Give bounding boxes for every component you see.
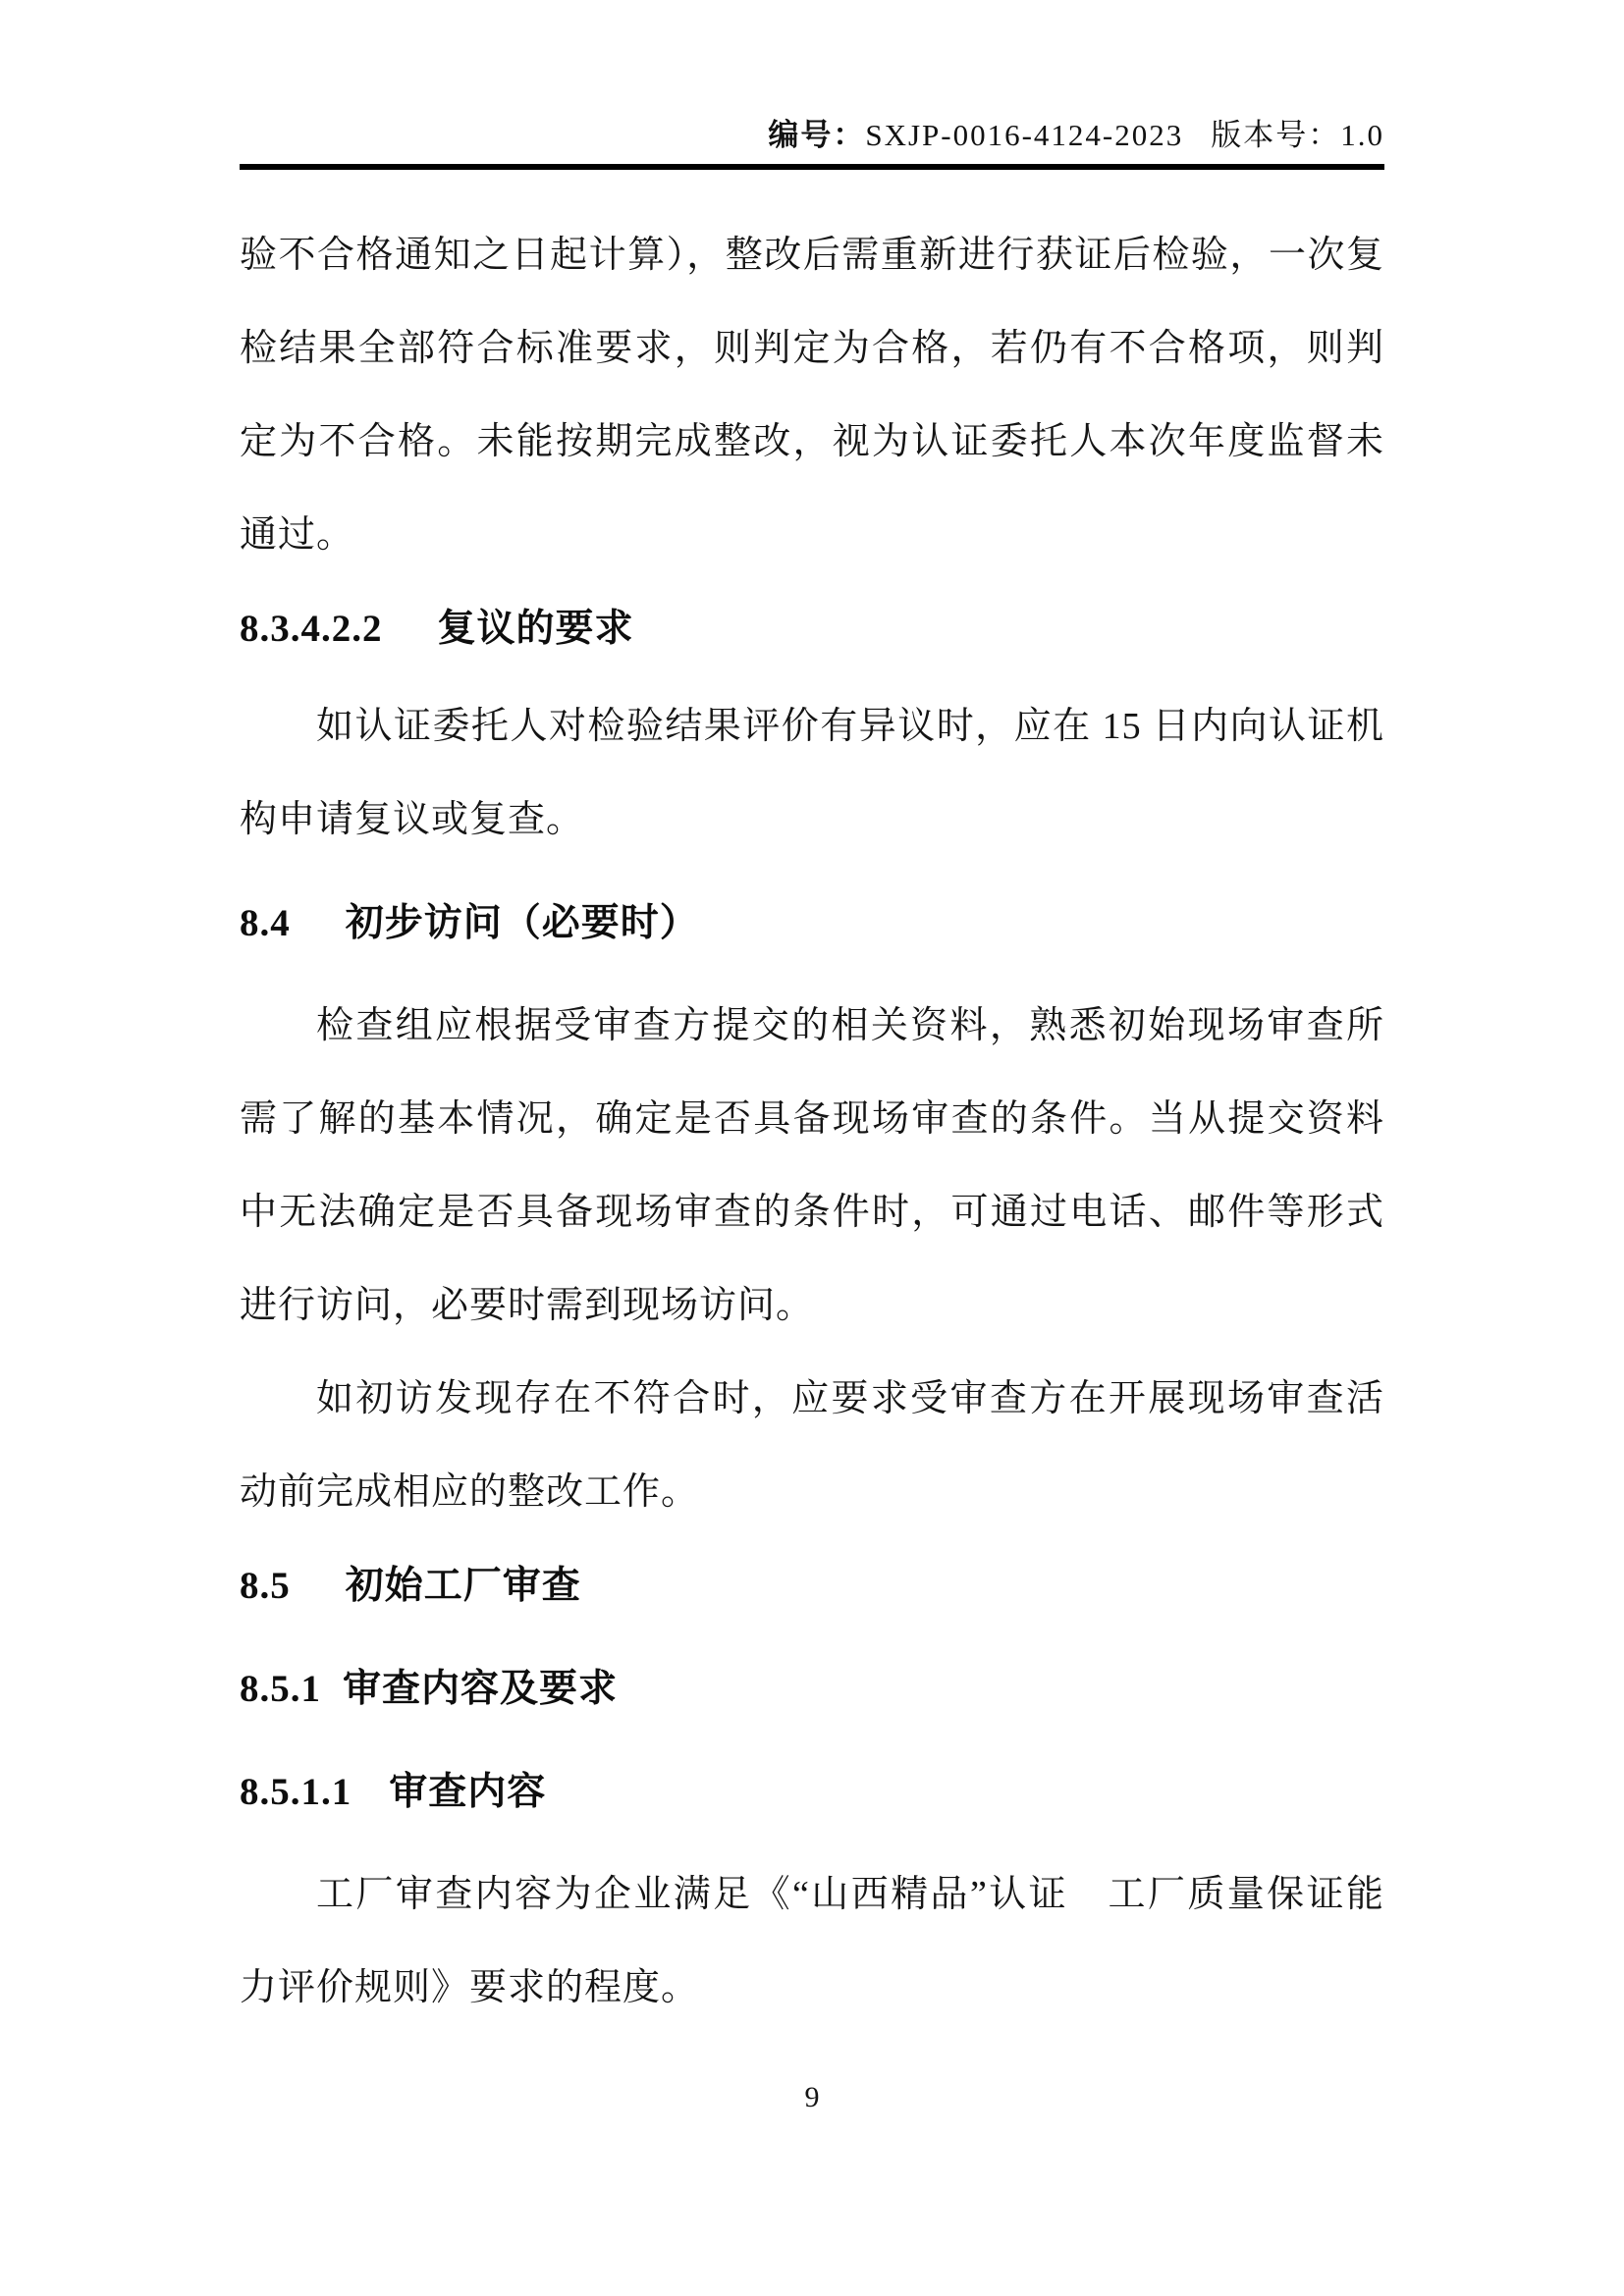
heading-title: 审查内容及要求 [343, 1668, 618, 1710]
heading-number: 8.5 [240, 1565, 291, 1607]
doc-version-label: 版本号： [1211, 118, 1340, 152]
document-header: 编号：SXJP-0016-4124-2023版本号：1.0 [240, 0, 1384, 154]
heading-title: 审查内容 [389, 1771, 546, 1813]
heading-8-5-1: 8.5.1审查内容及要求 [240, 1642, 1384, 1735]
paragraph-initial-visit-nonconformity: 如初访发现存在不符合时，应要求受审查方在开展现场审查活动前完成相应的整改工作。 [240, 1353, 1384, 1539]
heading-title: 初步访问（必要时） [346, 902, 699, 944]
heading-8-4: 8.4初步访问（必要时） [240, 877, 1384, 970]
heading-8-5: 8.5初始工厂审查 [240, 1539, 1384, 1632]
document-page: 编号：SXJP-0016-4124-2023版本号：1.0 验不合格通知之日起计… [0, 0, 1624, 2296]
heading-number: 8.5.1.1 [240, 1771, 352, 1813]
doc-version-value: 1.0 [1340, 118, 1384, 152]
paragraph-appeal: 如认证委托人对检验结果评价有异议时，应在 15 日内向认证机构申请复议或复查。 [240, 680, 1384, 867]
heading-title: 复议的要求 [438, 608, 634, 650]
paragraph-factory-audit-content: 工厂审查内容为企业满足《“山西精品”认证 工厂质量保证能力评价规则》要求的程度。 [240, 1848, 1384, 2035]
heading-title: 初始工厂审查 [346, 1565, 581, 1607]
heading-number: 8.3.4.2.2 [240, 608, 383, 650]
page-content: 编号：SXJP-0016-4124-2023版本号：1.0 验不合格通知之日起计… [240, 0, 1384, 2035]
header-divider-line [240, 164, 1384, 170]
paragraph-preliminary-visit: 检查组应根据受审查方提交的相关资料，熟悉初始现场审查所需了解的基本情况，确定是否… [240, 980, 1384, 1353]
doc-number-label: 编号： [768, 118, 865, 152]
heading-number: 8.4 [240, 902, 291, 944]
doc-number-value: SXJP-0016-4124-2023 [865, 118, 1183, 152]
page-number: 9 [0, 2081, 1624, 2114]
heading-8-5-1-1: 8.5.1.1审查内容 [240, 1745, 1384, 1839]
paragraph-inspection-result: 验不合格通知之日起计算），整改后需重新进行获证后检验，一次复检结果全部符合标准要… [240, 209, 1384, 582]
heading-number: 8.5.1 [240, 1668, 321, 1710]
heading-8-3-4-2-2: 8.3.4.2.2复议的要求 [240, 582, 1384, 675]
